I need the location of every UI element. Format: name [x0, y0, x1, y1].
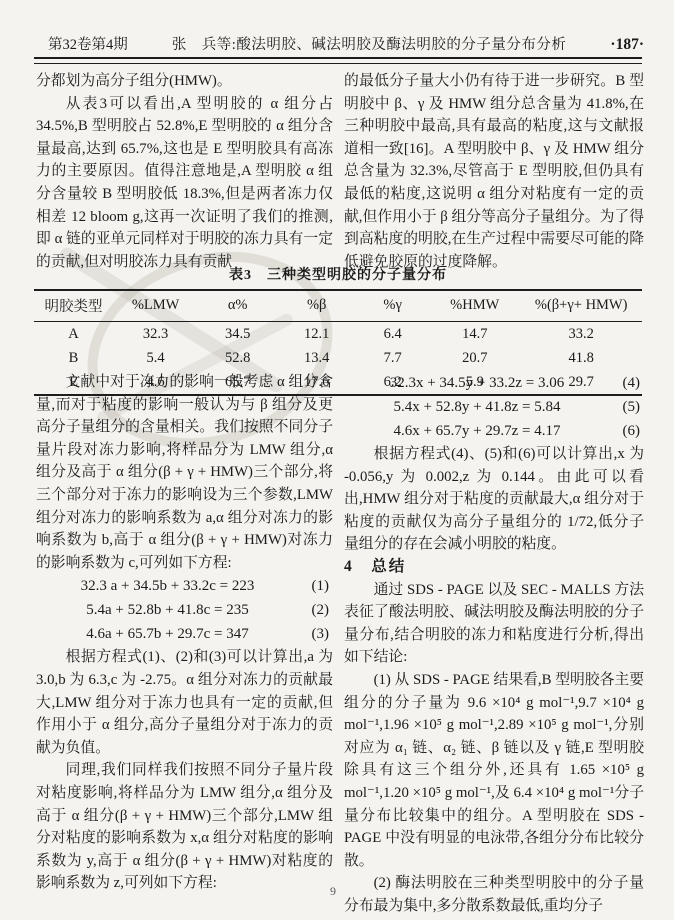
cell-value: 12.1 — [277, 322, 356, 347]
equation-number: (5) — [623, 395, 641, 419]
column-header: α% — [198, 290, 277, 322]
table-header-row: 明胶类型 %LMW α% %β %γ %HMW %(β+γ+ HMW) — [34, 290, 642, 322]
paragraph: 根据方程式(1)、(2)和(3)可以计算出,a 为 3.0,b 为 6.3,c … — [36, 646, 333, 759]
column-header: %HMW — [429, 290, 520, 322]
proof-mark: 9 — [330, 884, 336, 899]
paragraph: 从表3可以看出,A 型明胶的 α 组分占 34.5%,B 型明胶占 52.8%,… — [36, 93, 333, 274]
section-heading-summary: 4 总结 — [344, 556, 644, 579]
paper-page: 第32卷第4期 张 兵等:酸法明胶、碱法明胶及酶法明胶的分子量分布分析 ·187… — [0, 0, 674, 920]
table-caption: 表3 三种类型明胶的分子量分布 — [34, 264, 642, 284]
cell-gelatin-type: B — [34, 346, 113, 370]
paragraph: 的最低分子量大小仍有待于进一步研究。B 型明胶中 β、γ 及 HMW 组分总含量… — [344, 70, 644, 273]
equation-5: 5.4x + 52.8y + 41.8z = 5.84 (5) — [344, 395, 644, 419]
column-header: %LMW — [113, 290, 198, 322]
paragraph: 分都划为高分子组分(HMW)。 — [36, 70, 333, 93]
cell-value: 13.4 — [277, 346, 356, 370]
equation-2: 5.4a + 52.8b + 41.8c = 235 (2) — [36, 598, 333, 622]
right-column-lower: 32.3x + 34.5y + 33.2z = 3.06 (4) 5.4x + … — [344, 371, 644, 917]
paragraph: 根据方程式(4)、(5)和(6)可以计算出,x 为 -0.056,y 为 0.0… — [344, 443, 644, 556]
cell-gelatin-type: A — [34, 322, 113, 347]
equation-number: (2) — [312, 598, 330, 622]
equation-6: 4.6x + 65.7y + 29.7z = 4.17 (6) — [344, 419, 644, 443]
equation-expression: 4.6x + 65.7y + 29.7z = 4.17 — [393, 423, 560, 439]
equation-number: (4) — [623, 371, 641, 395]
page-header: 第32卷第4期 张 兵等:酸法明胶、碱法明胶及酶法明胶的分子量分布分析 ·187… — [48, 33, 644, 54]
equation-1: 32.3 a + 34.5b + 33.2c = 223 (1) — [36, 574, 333, 598]
cell-value: 34.5 — [198, 322, 277, 347]
equation-number: (3) — [312, 622, 330, 646]
paragraph: 同理,我们同样我们按照不同分子量片段对粘度影响,将样品分为 LMW 组分,α 组… — [36, 759, 333, 895]
cell-value: 41.8 — [520, 346, 642, 370]
equation-expression: 5.4a + 52.8b + 41.8c = 235 — [86, 602, 248, 618]
equation-expression: 32.3 a + 34.5b + 33.2c = 223 — [81, 578, 255, 594]
left-column-lower: 文献中对于冻力的影响一般考虑 α 组分含量,而对于粘度的影响一般认为与 β 组分… — [36, 371, 333, 895]
cell-value: 32.3 — [113, 322, 198, 347]
paragraph: (2) 酶法明胶在三种类型明胶中的分子量分布最为集中,多分散系数最低,重均分子 — [344, 872, 644, 917]
column-header: %γ — [356, 290, 429, 322]
page-number: ·187· — [610, 36, 644, 54]
equation-4: 32.3x + 34.5y + 33.2z = 3.06 (4) — [344, 371, 644, 395]
equation-number: (1) — [312, 574, 330, 598]
cell-value: 14.7 — [429, 322, 520, 347]
cell-value: 52.8 — [198, 346, 277, 370]
cell-value: 33.2 — [520, 322, 642, 347]
equation-expression: 4.6a + 65.7b + 29.7c = 347 — [86, 626, 248, 642]
cell-value: 5.4 — [113, 346, 198, 370]
equation-3: 4.6a + 65.7b + 29.7c = 347 (3) — [36, 622, 333, 646]
cell-value: 20.7 — [429, 346, 520, 370]
equation-number: (6) — [623, 419, 641, 443]
left-column-upper: 分都划为高分子组分(HMW)。 从表3可以看出,A 型明胶的 α 组分占 34.… — [36, 70, 333, 273]
paragraph: (1) 从 SDS - PAGE 结果看,B 型明胶各主要组分的分子量为 9.6… — [344, 669, 644, 872]
table-row: A 32.3 34.5 12.1 6.4 14.7 33.2 — [34, 322, 642, 347]
paragraph: 文献中对于冻力的影响一般考虑 α 组分含量,而对于粘度的影响一般认为与 β 组分… — [36, 371, 333, 574]
cell-value: 7.7 — [356, 346, 429, 370]
journal-issue: 第32卷第4期 — [48, 33, 128, 54]
equation-expression: 5.4x + 52.8y + 41.8z = 5.84 — [393, 399, 560, 415]
column-header: %β — [277, 290, 356, 322]
equation-expression: 32.3x + 34.5y + 33.2z = 3.06 — [390, 375, 565, 391]
column-header: 明胶类型 — [34, 290, 113, 322]
cell-value: 6.4 — [356, 322, 429, 347]
running-title: 张 兵等:酸法明胶、碱法明胶及酶法明胶的分子量分布分析 — [128, 33, 611, 54]
header-rule — [34, 57, 642, 64]
table-row: B 5.4 52.8 13.4 7.7 20.7 41.8 — [34, 346, 642, 370]
column-header: %(β+γ+ HMW) — [520, 290, 642, 322]
paragraph: 通过 SDS - PAGE 以及 SEC - MALLS 方法表征了酸法明胶、碱… — [344, 579, 644, 669]
right-column-upper: 的最低分子量大小仍有待于进一步研究。B 型明胶中 β、γ 及 HMW 组分总含量… — [344, 70, 644, 273]
